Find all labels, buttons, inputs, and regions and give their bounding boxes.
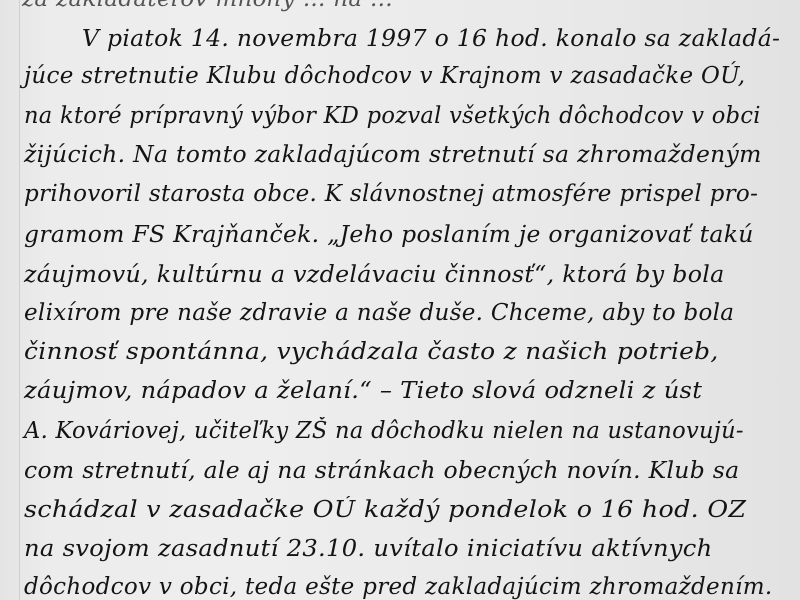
text-line-6: gramom FS Krajňanček. „Jeho poslaním je … bbox=[24, 222, 754, 248]
text-line-11: A. Kováriovej, učiteľky ZŠ na dôchodku n… bbox=[24, 418, 744, 444]
text-line-7: záujmovú, kultúrnu a vzdelávaciu činnosť… bbox=[24, 262, 725, 288]
text-line-13: schádzal v zasadačke OÚ každý pondelok o… bbox=[24, 497, 746, 523]
text-line-8: elixírom pre naše zdravie a naše duše. C… bbox=[24, 300, 734, 326]
text-line-3: na ktoré prípravný výbor KD pozval všetk… bbox=[24, 103, 761, 129]
text-line-12: com stretnutí, ale aj na stránkach obecn… bbox=[24, 458, 739, 484]
text-line-10: záujmov, nápadov a želaní.“ – Tieto slov… bbox=[24, 378, 702, 404]
handwritten-page: za zakladateľov mnohý ... na ... V piato… bbox=[0, 0, 800, 600]
text-line-9: činnosť spontánna, vychádzala často z na… bbox=[24, 339, 719, 365]
text-line-15: dôchodcov v obci, teda ešte pred zaklada… bbox=[24, 574, 772, 600]
text-line-5: prihovoril starosta obce. K slávnostnej … bbox=[24, 181, 758, 207]
text-line-14: na svojom zasadnutí 23.10. uvítalo inici… bbox=[24, 536, 713, 562]
text-line-1: V piatok 14. novembra 1997 o 16 hod. kon… bbox=[82, 26, 780, 52]
text-line-4: žijúcich. Na tomto zakladajúcom stretnut… bbox=[24, 142, 762, 168]
text-line-2: júce stretnutie Klubu dôchodcov v Krajno… bbox=[24, 63, 745, 89]
margin-rule bbox=[19, 0, 20, 600]
text-line-cut-top: za zakladateľov mnohý ... na ... bbox=[22, 0, 393, 12]
